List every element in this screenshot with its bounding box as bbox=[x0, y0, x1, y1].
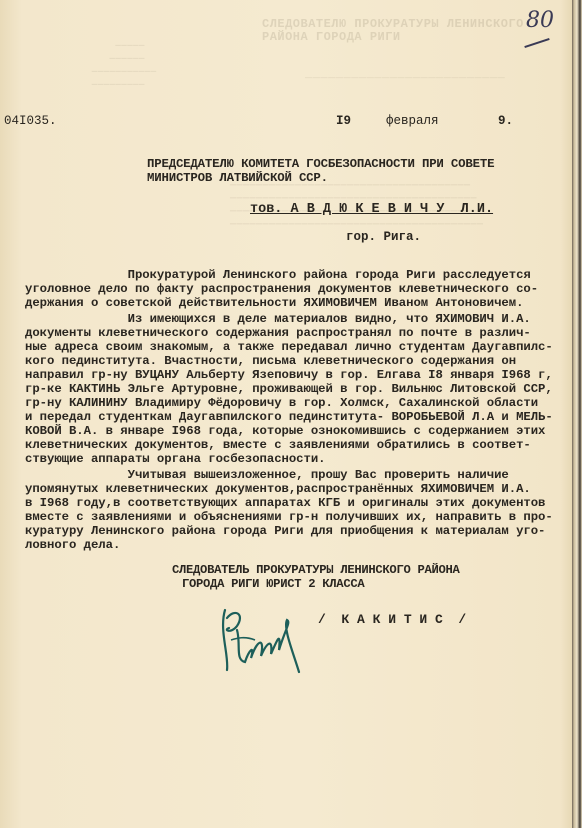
body-line: направил гр-ну ВУЦАНУ Альберту Язеповичу… bbox=[25, 368, 553, 382]
addressee-line-2: МИНИСТРОВ ЛАТВИЙСКОЙ ССР. bbox=[147, 171, 328, 185]
body-line: держания о советской действительности ЯХ… bbox=[25, 296, 523, 310]
date-day: I9 bbox=[336, 114, 351, 128]
date-month: февраля bbox=[386, 114, 439, 128]
signer-name: / К А К И Т И С / bbox=[318, 613, 466, 627]
body-line: Из имеющихся в деле материалов видно, чт… bbox=[25, 312, 531, 326]
body-line: упомянутых клеветнических документов,рас… bbox=[25, 482, 531, 496]
date-year: 9. bbox=[498, 114, 513, 128]
body-line: и передал студенткам Даугавпилского педи… bbox=[25, 410, 553, 424]
body-line: Учитывая вышеизложенное, прошу Вас прове… bbox=[25, 468, 509, 482]
body-line: клеветнических документов, вместе с заяв… bbox=[25, 438, 531, 452]
bleed-through: __________________________ bbox=[305, 68, 505, 81]
body-line: куратуру Ленинского района города Риги д… bbox=[25, 524, 545, 538]
addressee-name: тов. А В Д Ю К Е В И Ч У Л.И. bbox=[250, 203, 493, 217]
signature-title-line-1: СЛЕДОВАТЕЛЬ ПРОКУРАТУРЫ ЛЕНИНСКОГО РАЙОН… bbox=[172, 563, 460, 577]
body-line: гр-ке КАКТИНЬ Эльге Артуровне, проживающ… bbox=[25, 382, 553, 396]
body-line: КОВОЙ В.А. в январе I968 года, которые о… bbox=[25, 424, 545, 438]
reference-number: 04I035. bbox=[4, 114, 57, 128]
signature-title-line-2: ГОРОДА РИГИ ЮРИСТ 2 КЛАССА bbox=[182, 577, 364, 591]
body-line: уголовное дело по факту распространения … bbox=[25, 282, 538, 296]
body-line: кого пединститута. Вчастности, письма кл… bbox=[25, 354, 516, 368]
body-line: ные адреса своим знакомым, а также перед… bbox=[25, 340, 553, 354]
body-line: ловного дела. bbox=[25, 538, 120, 552]
addressee-line-1: ПРЕДСЕДАТЕЛЮ КОМИТЕТА ГОСБЕЗОПАСНОСТИ ПР… bbox=[147, 157, 494, 171]
addressee-city: гор. Рига. bbox=[346, 230, 421, 244]
handwritten-signature bbox=[215, 600, 315, 675]
folio-number: 80 bbox=[526, 8, 554, 33]
bleed-through: ───── ────── ─────────── ───────── bbox=[80, 40, 157, 92]
body-line: документы клеветнического содержания рас… bbox=[25, 326, 531, 340]
body-line: вместе с заявлениями и объяснениями гр-н… bbox=[25, 510, 553, 524]
body-line: Прокуратурой Ленинского района города Ри… bbox=[25, 268, 531, 282]
body-line: гр-ну КАЛИНИНУ Владимиру Фёдоровичу в го… bbox=[25, 396, 538, 410]
body-line: ствующие аппараты органа госбезопасности… bbox=[25, 452, 326, 466]
body-line: в I968 году,в соответствующих аппаратах … bbox=[25, 496, 545, 510]
page-edge bbox=[572, 0, 582, 828]
bleed-through: СЛЕДОВАТЕЛЮ ПРОКУРАТУРЫ ЛЕНИНСКОГО РАЙОН… bbox=[262, 18, 524, 44]
